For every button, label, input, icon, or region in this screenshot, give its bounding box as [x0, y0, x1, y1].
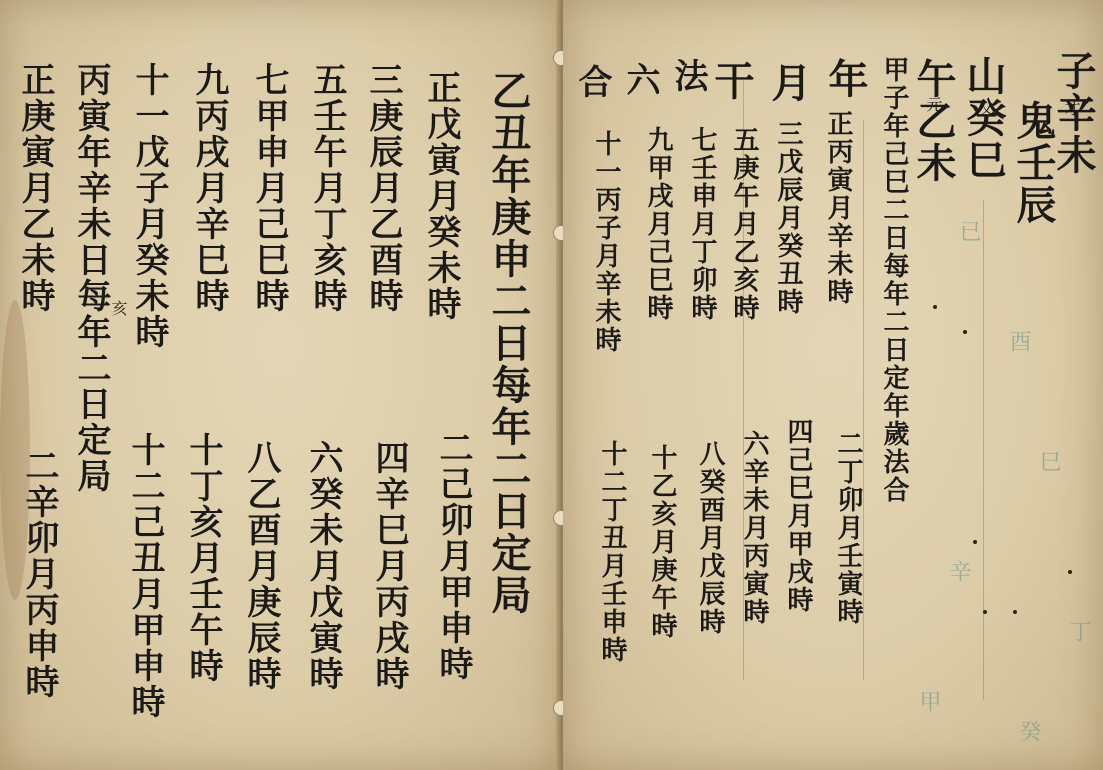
left-col-zheng: 正庚寅月乙未時	[18, 62, 52, 314]
pencil-line	[863, 120, 864, 680]
heading-gan: 干	[711, 60, 751, 102]
pencil-mark: 癸	[1013, 720, 1044, 742]
ink-dot	[973, 540, 977, 544]
right-col-3: 三戊辰月癸丑時	[775, 120, 801, 316]
left-col-bingyin: 丙寅年辛未日每年二日定局	[74, 62, 108, 494]
ink-dot	[933, 305, 937, 309]
ink-dot	[1068, 570, 1072, 574]
right-page: 已 酉 巳 辛 丁 甲 癸 子辛未 才 鬼壬辰 山癸巳 父 午乙未 元 年 月 …	[563, 0, 1103, 770]
heading-wu: 午乙未	[913, 58, 953, 184]
heading-annotation-cai: 才	[1063, 100, 1079, 118]
pencil-mark: 巳	[1033, 450, 1064, 472]
pencil-line	[983, 200, 984, 700]
left-page: 乙丑年庚申二日每年二日定局 正戊寅月癸未時 三庚辰月乙酉時 五壬午月丁亥時 七甲…	[0, 0, 562, 770]
ink-dot	[983, 610, 987, 614]
left-lower-6: 六癸未月戊寅時	[306, 440, 340, 692]
pencil-mark: 辛	[943, 560, 974, 582]
left-col-9: 九丙戌月辛巳時	[192, 62, 226, 314]
left-col-3: 三庚辰月乙酉時	[366, 62, 400, 314]
pencil-mark: 丁	[1063, 620, 1094, 642]
left-col-heading: 乙丑年庚申二日每年二日定局	[488, 70, 528, 670]
right-col-7: 七壬申月丁卯時	[689, 126, 715, 322]
heading-he: 合	[575, 64, 609, 100]
manuscript-spread: 乙丑年庚申二日每年二日定局 正戊寅月癸未時 三庚辰月乙酉時 五壬午月丁亥時 七甲…	[0, 0, 1103, 770]
left-lower-8: 八乙酉月庚辰時	[244, 440, 278, 692]
pencil-mark: 已	[953, 220, 984, 242]
heading-liu: 六	[623, 62, 657, 98]
heading-gui: 鬼壬辰	[1013, 100, 1053, 226]
right-col-11: 十一丙子月辛未時	[593, 130, 619, 354]
heading-nian: 年	[825, 58, 865, 100]
right-col-heading: 甲子年己巳二日每年二日定年歲法合	[881, 56, 907, 504]
right-lower-10: 十乙亥月庚午時	[649, 444, 675, 640]
right-col-zheng: 正丙寅月辛未時	[825, 110, 851, 306]
ink-dot	[963, 330, 967, 334]
pencil-mark: 酉	[1003, 330, 1034, 352]
right-lower-8: 八癸酉月戊辰時	[697, 440, 723, 636]
right-lower-12: 十二丁丑月壬申時	[599, 440, 625, 664]
right-col-9: 九甲戌月己巳時	[645, 126, 671, 322]
left-lower-2-xinmao: 二辛卯月丙申時	[22, 448, 56, 700]
left-lower-4: 四辛巳月丙戌時	[372, 440, 406, 692]
right-lower-6: 六辛未月丙寅時	[741, 430, 767, 626]
left-lower-12: 十二己丑月甲申時	[128, 432, 162, 720]
right-lower-2: 二丁卯月壬寅時	[835, 430, 861, 626]
left-col-1: 正戊寅月癸未時	[424, 70, 458, 322]
left-col-7: 七甲申月己巳時	[252, 62, 286, 314]
heading-shan: 山癸巳	[963, 55, 1003, 181]
left-col-11: 十一戊子月癸未時	[132, 62, 166, 350]
left-lower-2: 二己卯月甲申時	[436, 430, 470, 682]
heading-annotation-yuan: 元	[925, 96, 941, 114]
heading-annotation-fu: 父	[977, 100, 993, 118]
ink-dot	[1013, 610, 1017, 614]
left-col-5: 五壬午月丁亥時	[310, 62, 344, 314]
pencil-mark: 甲	[913, 690, 944, 712]
heading-fa: 法	[671, 58, 705, 94]
right-col-5: 五庚午月乙亥時	[731, 126, 757, 322]
left-annotation: 亥	[110, 300, 126, 318]
heading-yue: 月	[768, 62, 808, 104]
left-lower-10: 十丁亥月壬午時	[186, 432, 220, 684]
right-lower-4: 四己巳月甲戌時	[785, 418, 811, 614]
